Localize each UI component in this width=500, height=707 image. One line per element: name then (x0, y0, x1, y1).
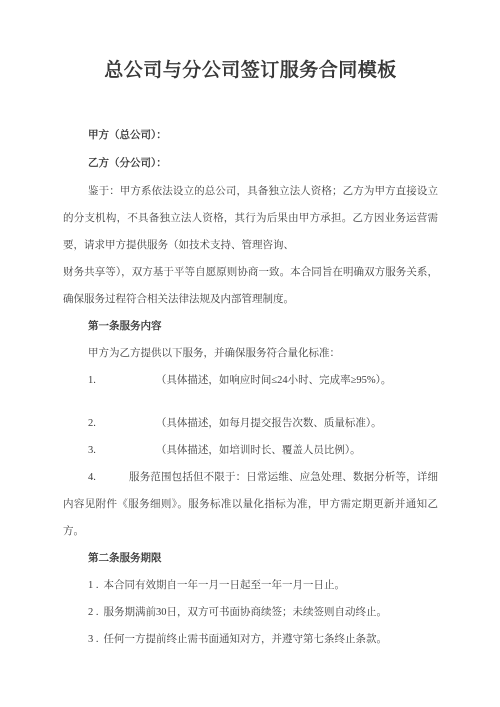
document-title: 总公司与分公司签订服务合同模板 (63, 56, 438, 86)
clause-number: 1 . (88, 580, 99, 591)
clause-number: 4. (88, 472, 96, 483)
clause-text: 任何一方提前终止需书面通知对方，并遵守第七条终止条款。 (104, 634, 388, 645)
party-a-line: 甲方（总公司）： (63, 122, 438, 150)
clause-text: （具体描述，如响应时间≤24小时、完成率≥95%）。 (156, 375, 392, 386)
section1-intro: 甲方为乙方提供以下服务，并确保服务符合量化标准： (63, 340, 438, 367)
section2-heading: 第二条服务期限 (63, 545, 438, 572)
clause-text: （具体描述，如培训时长、覆盖人员比例）。 (156, 445, 361, 456)
preamble-paragraph-1: 鉴于：甲方系依法设立的总公司，具备独立法人资格；乙方为甲方直接设立的分支机构，不… (63, 178, 438, 259)
clause-number: 1. (88, 375, 96, 386)
section1-heading: 第一条服务内容 (63, 313, 438, 340)
section1-clause-item-4: 4.服务范围包括但不限于：日常运维、应急处理、数据分析等，详细内容见附件《服务细… (63, 464, 438, 545)
contract-document-page: 总公司与分公司签订服务合同模板 甲方（总公司）： 乙方（分公司）： 鉴于：甲方系… (0, 0, 500, 707)
section2-clause-item-3: 3 .任何一方提前终止需书面通知对方，并遵守第七条终止条款。 (63, 626, 438, 653)
clause-text: 服务范围包括但不限于：日常运维、应急处理、数据分析等，详细内容见附件《服务细则》… (63, 472, 438, 537)
clause-number: 3 . (88, 634, 99, 645)
preamble-paragraph-2: 财务共享等），双方基于平等自愿原则协商一致。本合同旨在明确双方服务关系，确保服务… (63, 259, 438, 313)
party-b-line: 乙方（分公司）： (63, 150, 438, 178)
section1-clause-item-1: 1.（具体描述，如响应时间≤24小时、完成率≥95%）。 (63, 367, 438, 394)
clause-text: 服务期满前30日，双方可书面协商续签；未续签则自动终止。 (104, 607, 388, 618)
clause-text: 本合同有效期自一年一月一日起至一年一月一日止。 (104, 580, 346, 591)
section2-clause-item-1: 1 .本合同有效期自一年一月一日起至一年一月一日止。 (63, 572, 438, 599)
clause-number: 3. (88, 445, 96, 456)
section1-clause-item-3: 3.（具体描述，如培训时长、覆盖人员比例）。 (63, 437, 438, 464)
clause-number: 2 . (88, 607, 99, 618)
clause-number: 2. (88, 418, 96, 429)
section2-clause-item-2: 2 .服务期满前30日，双方可书面协商续签；未续签则自动终止。 (63, 599, 438, 626)
section1-clause-item-2: 2.（具体描述，如每月提交报告次数、质量标准）。 (63, 410, 438, 437)
clause-text: （具体描述，如每月提交报告次数、质量标准）。 (156, 418, 382, 429)
